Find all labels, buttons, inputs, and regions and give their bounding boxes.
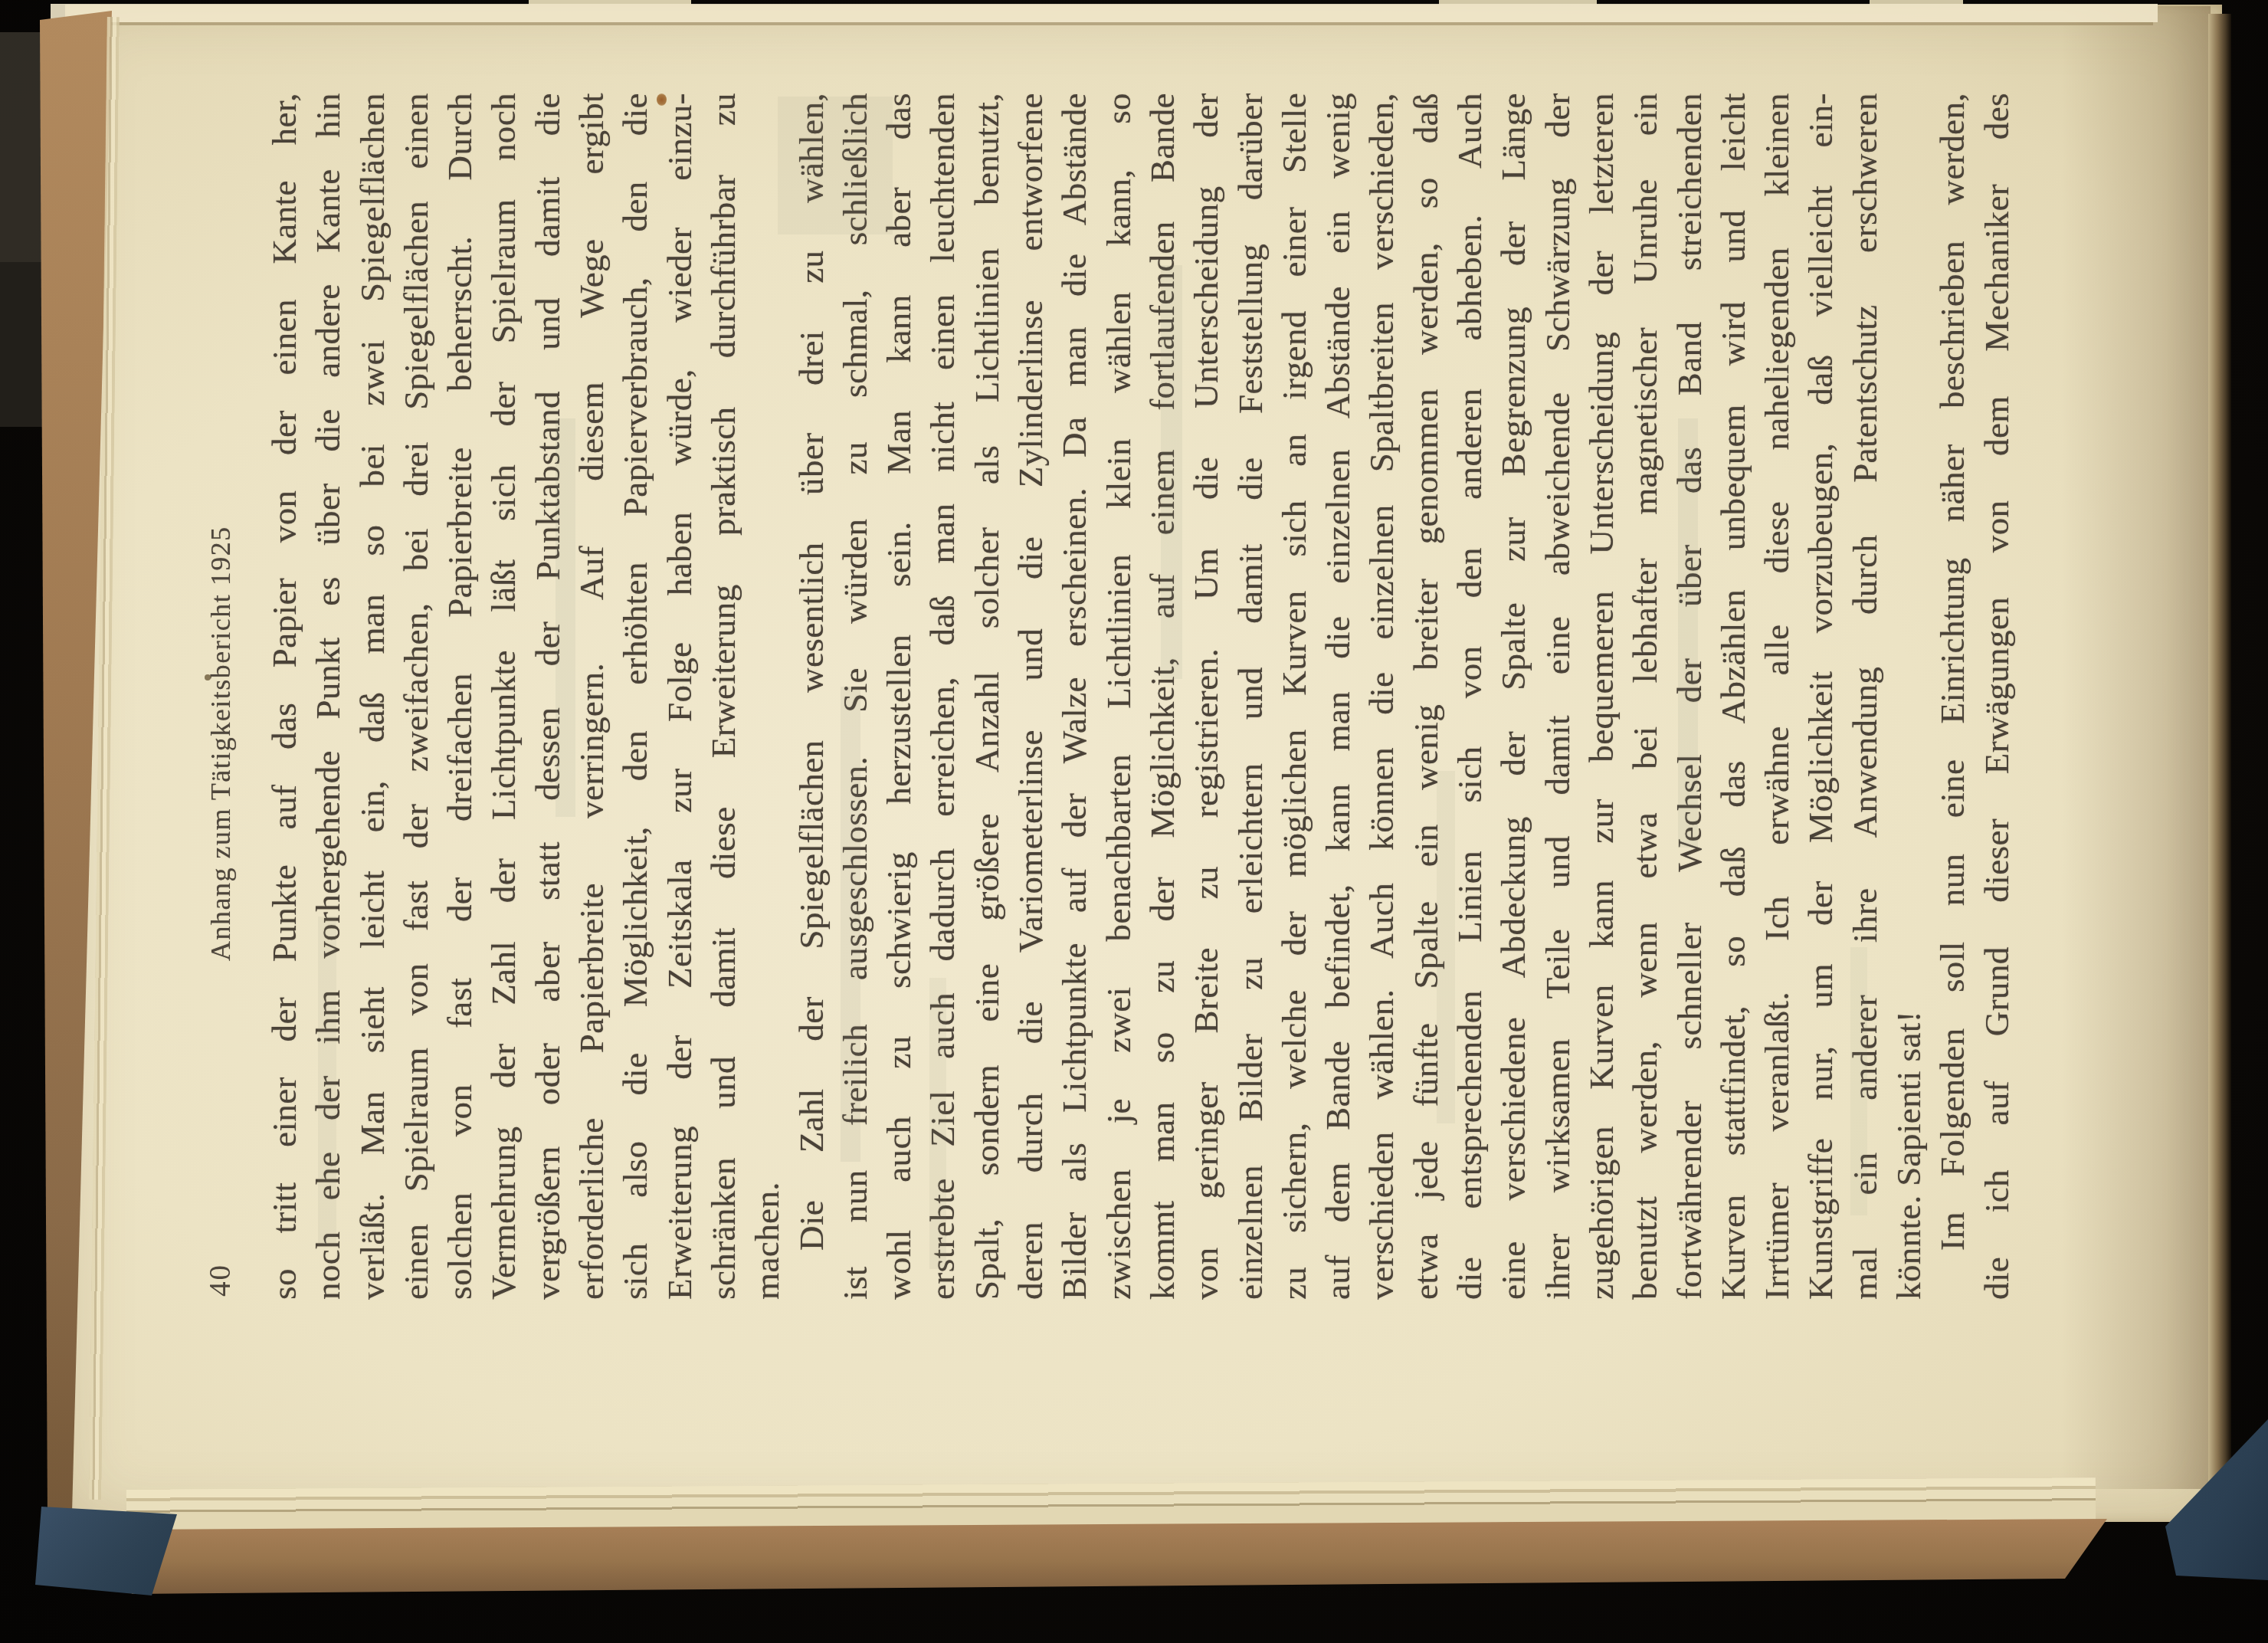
page-curl-shadow: [2061, 6, 2211, 1489]
text-line: wohl auch zu schwierig herzustellen sein…: [877, 93, 921, 1300]
text-line: Kurven stattfindet, so daß das Abzählen …: [1712, 93, 1755, 1300]
text-line: solchen von fast der dreifachen Papierbr…: [438, 93, 482, 1300]
text-line: zwischen je zwei benachbarten Lichtlinie…: [1097, 93, 1141, 1300]
page-top-crease: [44, 22, 2153, 25]
text-line: Irrtümer veranlaßt. Ich erwähne alle die…: [1755, 93, 1799, 1300]
text-line: einzelnen Bilder zu erleichtern und dami…: [1229, 93, 1273, 1300]
page-number: 40: [203, 1264, 238, 1297]
text-line: ihrer wirksamen Teile und damit eine abw…: [1536, 93, 1580, 1300]
text-line: Spalt, sondern eine größere Anzahl solch…: [965, 93, 1009, 1300]
text-line: könnte. Sapienti sat!: [1887, 93, 1931, 1300]
text-line: vergrößern oder aber statt dessen der Pu…: [526, 93, 570, 1300]
text-line: Kunstgriffe nur, um der Möglichkeit vorz…: [1799, 93, 1843, 1300]
text-line: mal ein anderer ihre Anwendung durch Pat…: [1844, 93, 1887, 1300]
text-line: so tritt einer der Punkte auf das Papier…: [263, 93, 306, 1300]
text-line: die ich auf Grund dieser Erwägungen von …: [1975, 93, 2019, 1300]
text-line: Bilder als Lichtpunkte auf der Walze ers…: [1053, 93, 1096, 1300]
text-line: Die Zahl der Spiegelflächen wesentlich ü…: [790, 93, 834, 1300]
text-line: fortwährender schneller Wechsel der über…: [1668, 93, 1712, 1300]
page-top-fold: [51, 4, 2158, 22]
text-line: deren durch die Variometerlinse und die …: [1009, 93, 1053, 1300]
text-line: Erweiterung der Zeitskala zur Folge habe…: [658, 93, 702, 1300]
text-line: ist nun freilich ausgeschlossen. Sie wür…: [834, 93, 877, 1300]
text-line: verläßt. Man sieht leicht ein, daß man s…: [351, 93, 395, 1300]
text-line: benutzt werden, wenn etwa bei lebhafter …: [1624, 93, 1667, 1300]
text-line: auf dem Bande befindet, kann man die ein…: [1316, 93, 1360, 1300]
book-page: 40 Anhang zum Tätigkeitsbericht 1925 so …: [65, 5, 2222, 1522]
text-line: etwa jede fünfte Spalte ein wenig breite…: [1404, 93, 1448, 1300]
running-header-row: 40 Anhang zum Tätigkeitsbericht 1925: [197, 93, 241, 1300]
cover-board-bottom: [115, 1519, 2107, 1595]
text-line: von geringer Breite zu registrieren. Um …: [1185, 93, 1228, 1300]
text-line: sich also die Möglichkeit, den erhöhten …: [614, 93, 657, 1300]
text-line: erforderliche Papierbreite verringern. A…: [570, 93, 614, 1300]
foxing-spot: [205, 674, 211, 680]
text-line: eine verschiedene Abdeckung der Spalte z…: [1492, 93, 1535, 1300]
text-line: Vermehrung der Zahl der Lichtpunkte läßt…: [482, 93, 526, 1300]
text-line: zugehörigen Kurven kann zur bequemeren U…: [1580, 93, 1624, 1300]
text-line: noch ehe der ihm vorhergehende Punkt es …: [306, 93, 350, 1300]
text-line: zu sichern, welche der möglichen Kurven …: [1273, 93, 1316, 1300]
running-header-title: Anhang zum Tätigkeitsbericht 1925: [205, 526, 237, 961]
text-line: kommt man so zu der Möglichkeit, auf ein…: [1141, 93, 1185, 1300]
text-line: machen.: [746, 93, 789, 1300]
body-text: so tritt einer der Punkte auf das Papier…: [263, 93, 2019, 1300]
book-scan: 40 Anhang zum Tätigkeitsbericht 1925 so …: [0, 0, 2268, 1643]
text-line: schränken und damit diese Erweiterung pr…: [702, 93, 746, 1300]
text-line: Im Folgenden soll nun eine Einrichtung n…: [1931, 93, 1975, 1300]
text-line: die entsprechenden Linien sich von den a…: [1448, 93, 1492, 1300]
page-edge-right: [2208, 14, 2231, 1489]
text-line: einen Spielraum von fast der zweifachen,…: [395, 93, 438, 1300]
text-line: erstrebte Ziel auch dadurch erreichen, d…: [921, 93, 965, 1300]
foxing-spot: [657, 93, 667, 106]
text-line: verschieden wählen. Auch können die einz…: [1360, 93, 1404, 1300]
